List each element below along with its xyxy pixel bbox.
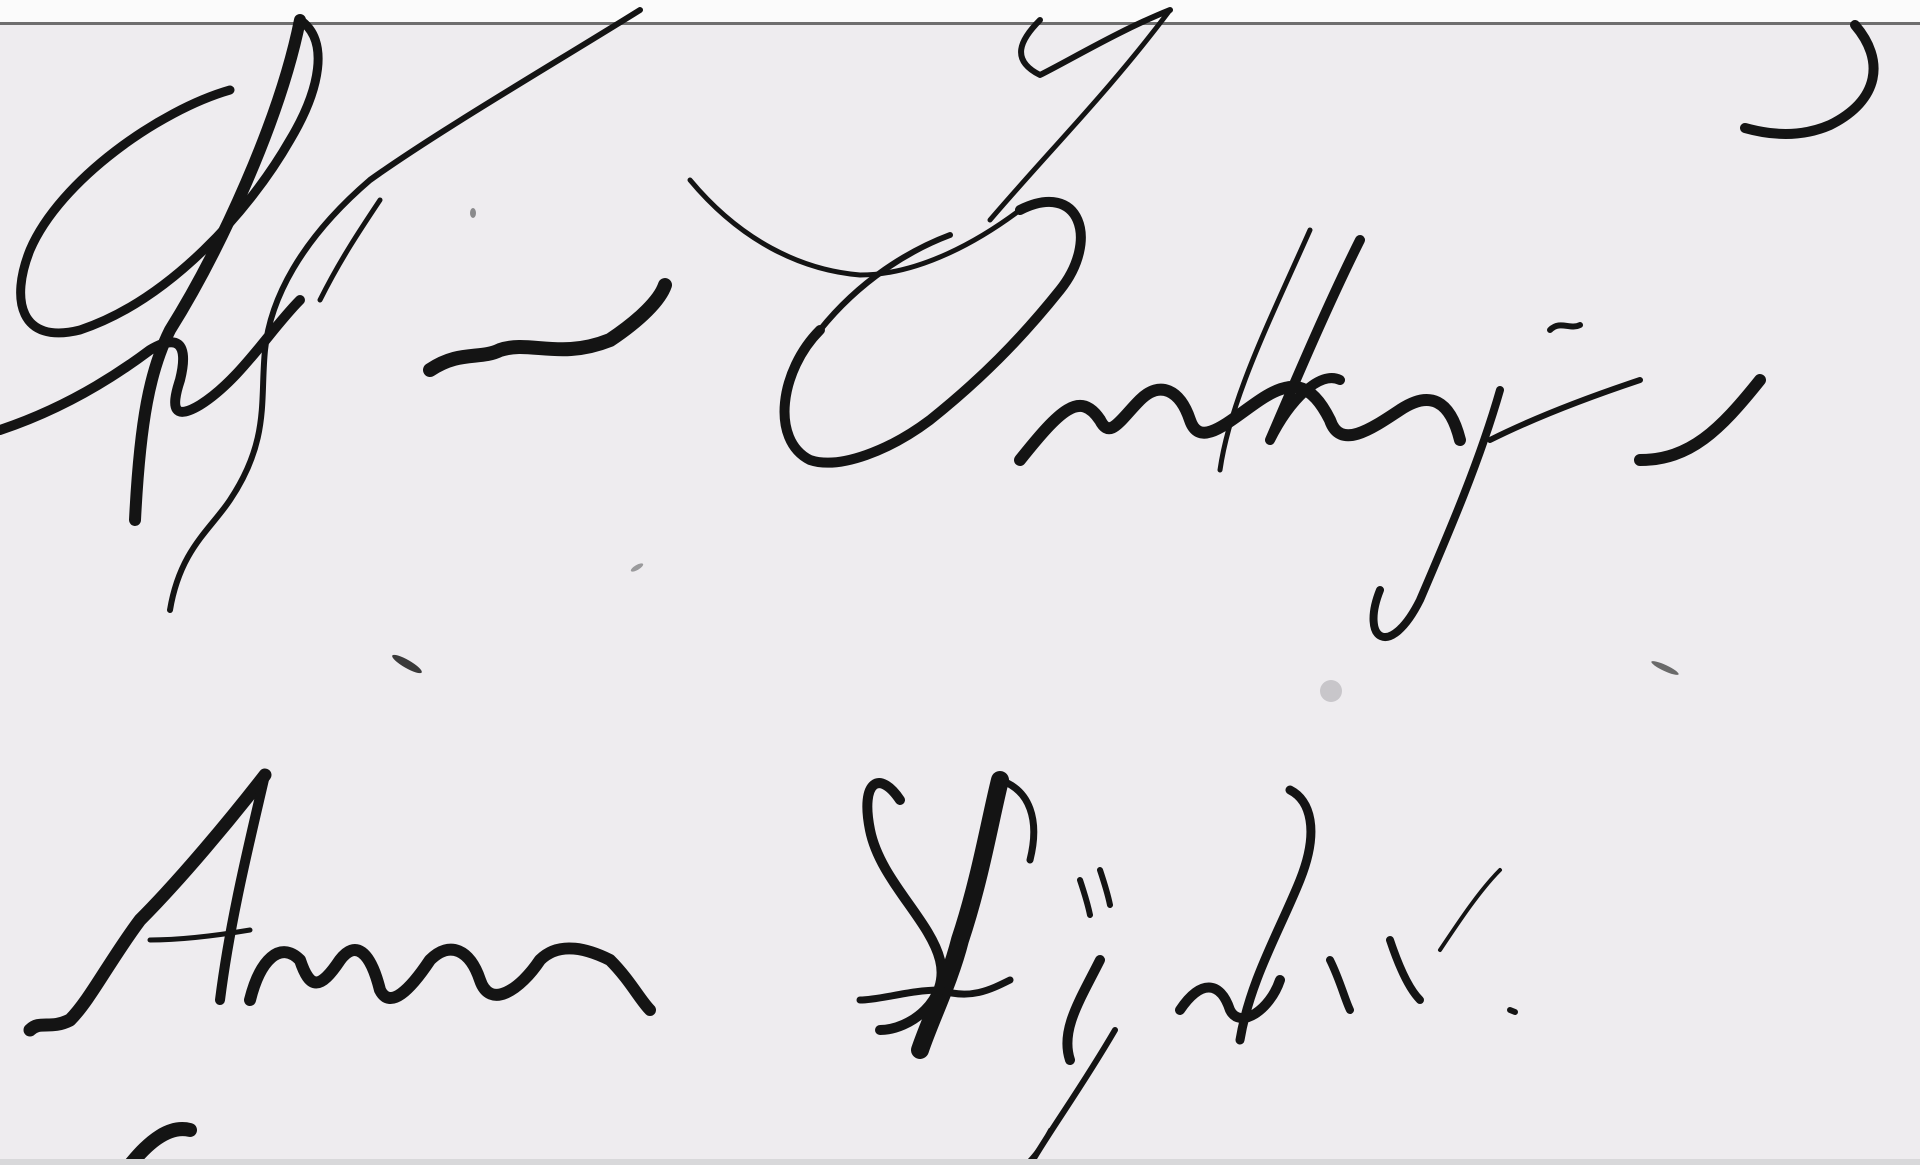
line-2-transcription: Anna Büchsin. xyxy=(40,840,1135,1014)
page-bottom-edge xyxy=(0,1159,1920,1165)
document-page: Agnes Ochsnazi Anna Büchsin. xyxy=(0,0,1920,1165)
top-right-flourish xyxy=(1745,25,1874,134)
line-1-transcription: Agnes Ochsnazi xyxy=(40,250,1248,424)
ink-speck xyxy=(470,208,476,218)
paper-spot xyxy=(1320,680,1342,702)
